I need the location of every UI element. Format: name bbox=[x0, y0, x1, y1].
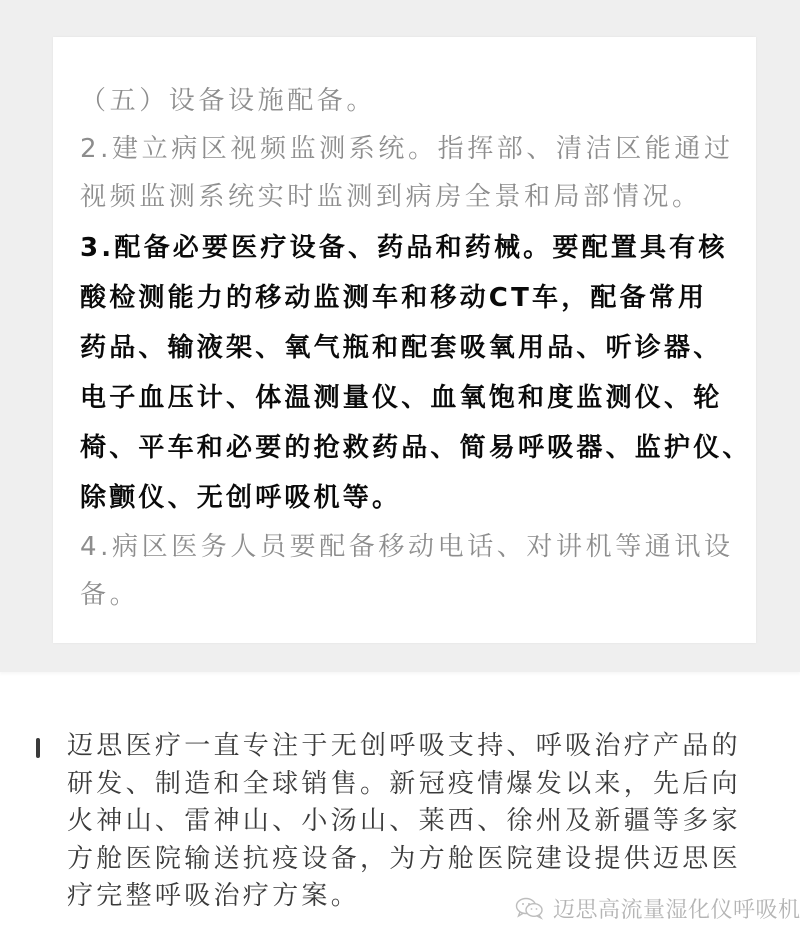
item-2-paragraph: 2.建立病区视频监测系统。指挥部、清洁区能通过 视频监测系统实时监测到病房全景和… bbox=[80, 125, 720, 221]
intro-line: 火神山、雷神山、小汤山、莱西、徐州及新疆等多家 bbox=[67, 803, 757, 841]
item-2-line: 视频监测系统实时监测到病房全景和局部情况。 bbox=[80, 173, 720, 221]
item-4-paragraph: 4.病区医务人员要配备移动电话、对讲机等通讯设 备。 bbox=[80, 523, 720, 619]
item-4-line: 备。 bbox=[80, 571, 720, 619]
section-heading: （五）设备设施配备。 bbox=[80, 77, 720, 125]
wechat-watermark: 迈思高流量湿化仪呼吸机 bbox=[515, 893, 800, 923]
item-2-line: 2.建立病区视频监测系统。指挥部、清洁区能通过 bbox=[80, 125, 720, 173]
item-3-line: 药品、输液架、氧气瓶和配套吸氧用品、听诊器、 bbox=[80, 323, 720, 373]
intro-line: 方舱医院输送抗疫设备，为方舱医院建设提供迈思医 bbox=[67, 841, 757, 879]
item-3-line: 电子血压计、体温测量仪、血氧饱和度监测仪、轮 bbox=[80, 373, 720, 423]
card-content: （五）设备设施配备。 2.建立病区视频监测系统。指挥部、清洁区能通过 视频监测系… bbox=[80, 77, 720, 619]
item-3-line: 3.配备必要医疗设备、药品和药械。要配置具有核 bbox=[80, 223, 720, 273]
item-4-line: 4.病区医务人员要配备移动电话、对讲机等通讯设 bbox=[80, 523, 720, 571]
content-card: （五）设备设施配备。 2.建立病区视频监测系统。指挥部、清洁区能通过 视频监测系… bbox=[53, 37, 756, 643]
item-3-line: 椅、平车和必要的抢救药品、简易呼吸器、监护仪、 bbox=[80, 423, 720, 473]
item-3-paragraph: 3.配备必要医疗设备、药品和药械。要配置具有核 酸检测能力的移动监测车和移动CT… bbox=[80, 223, 720, 523]
wechat-icon bbox=[515, 896, 545, 920]
intro-line: 研发、制造和全球销售。新冠疫情爆发以来，先后向 bbox=[67, 766, 757, 804]
watermark-account-name: 迈思高流量湿化仪呼吸机 bbox=[553, 893, 800, 924]
item-3-line: 除颤仪、无创呼吸机等。 bbox=[80, 473, 720, 523]
company-intro-text: 迈思医疗一直专注于无创呼吸支持、呼吸治疗产品的 研发、制造和全球销售。新冠疫情爆… bbox=[67, 728, 757, 916]
intro-line: 迈思医疗一直专注于无创呼吸支持、呼吸治疗产品的 bbox=[67, 728, 757, 766]
item-3-line: 酸检测能力的移动监测车和移动CT车，配备常用 bbox=[80, 273, 720, 323]
quote-bar-icon bbox=[36, 738, 40, 758]
